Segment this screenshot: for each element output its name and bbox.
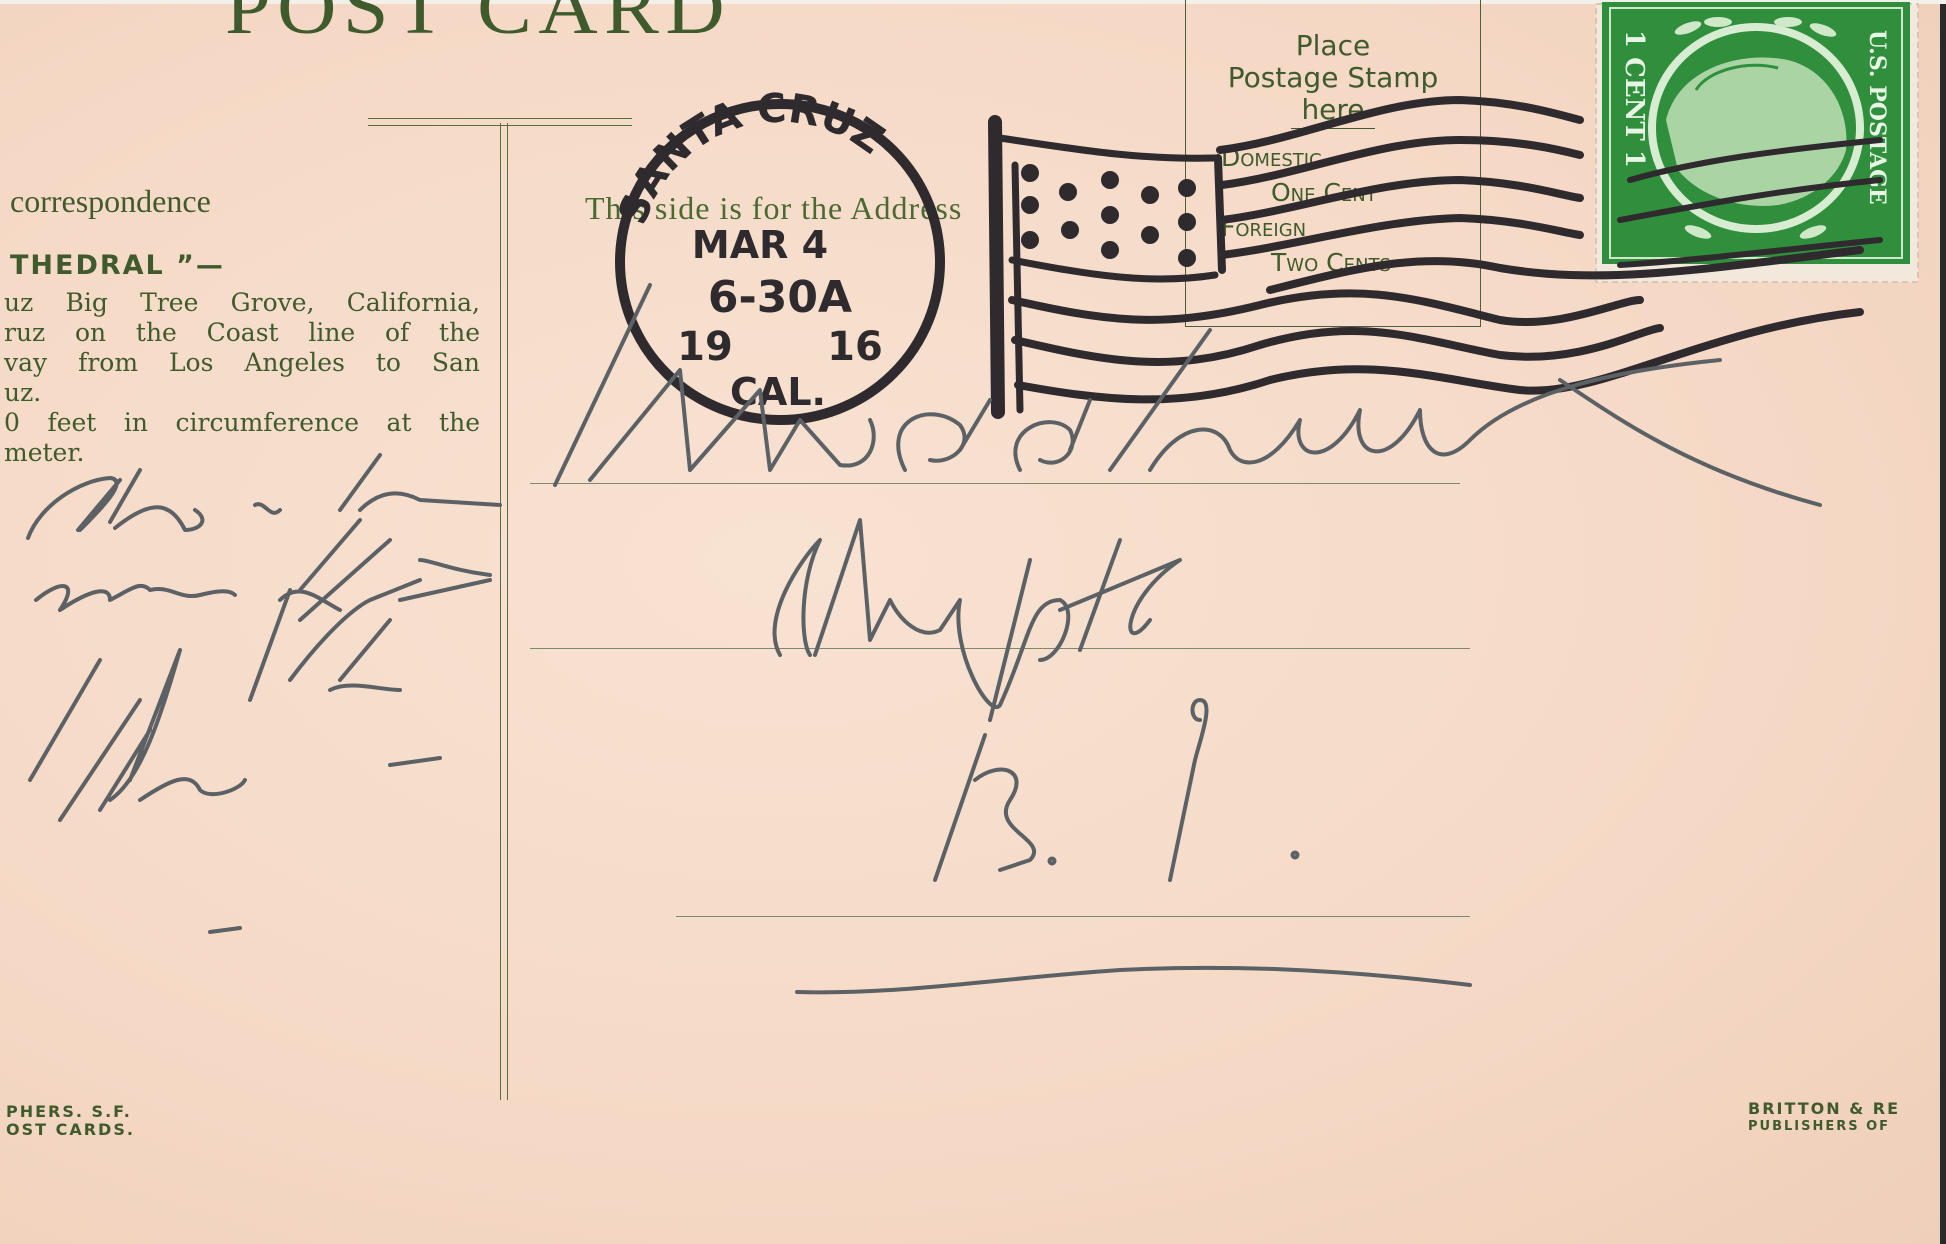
postmark-time: 6-30A — [708, 272, 852, 323]
cancellation-and-handwriting: SANTA CRUZ MAR 4 6-30A 19 16 CAL. — [0, 0, 1946, 1244]
postmark-city: SANTA CRUZ — [610, 85, 892, 230]
postmark-year-left: 19 — [677, 324, 733, 370]
flag-stars — [1021, 164, 1196, 267]
postmark-year-right: 16 — [827, 324, 883, 370]
postmark-stamp: SANTA CRUZ MAR 4 6-30A 19 16 CAL. — [610, 85, 940, 420]
postcard-back: POST CARD correspondence THEDRAL ”— uz B… — [0, 0, 1946, 1244]
handwritten-message — [28, 455, 500, 932]
postmark-date: MAR 4 — [692, 223, 828, 267]
flag-cancel-icon — [995, 100, 1880, 412]
